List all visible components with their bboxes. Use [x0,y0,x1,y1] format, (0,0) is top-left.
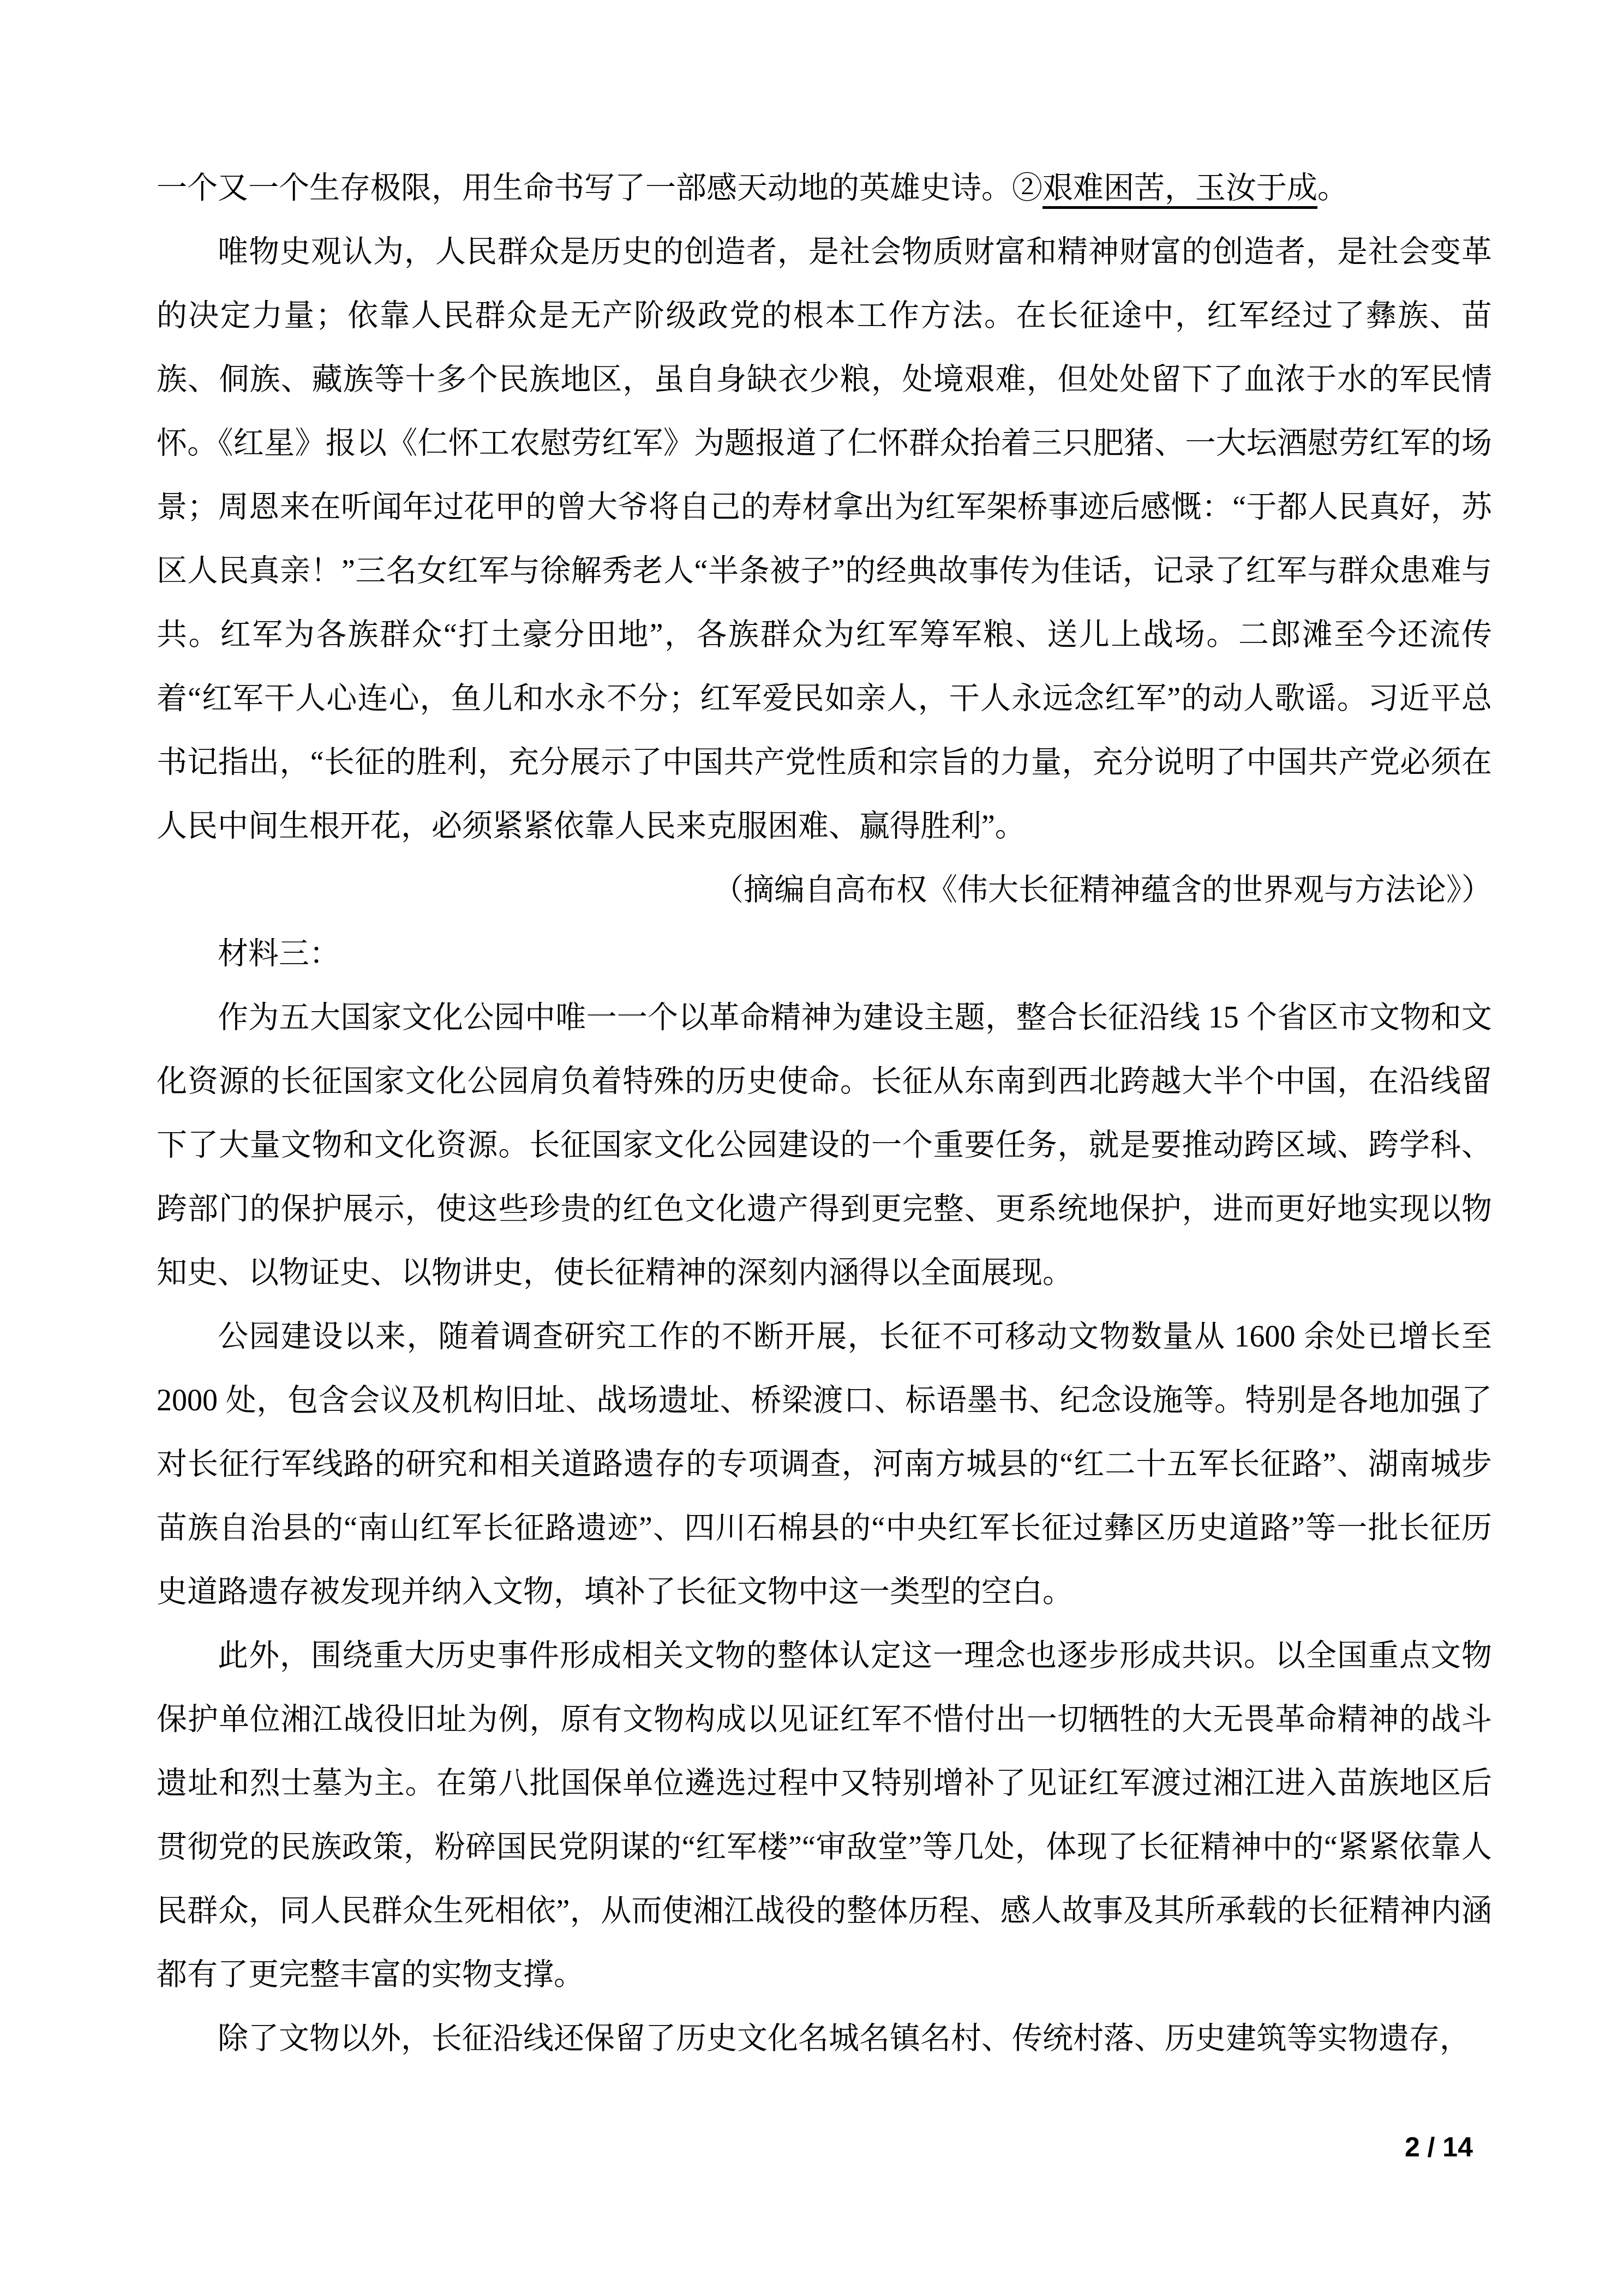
sentence-end-punctuation: 。 [1317,171,1348,205]
circled-number-marker: ② [1012,171,1042,205]
paragraph-beyond-relics: 除了文物以外，长征沿线还保留了历史文化名城名镇名村、传统村落、历史建筑等实物遗存… [157,2007,1492,2071]
material-three-heading: 材料三： [157,922,1492,986]
continuation-text: 一个又一个生存极限，用生命书写了一部感天动地的英雄史诗。 [157,171,1012,205]
source-citation: （摘编自高布权《伟大长征精神蕴含的世界观与方法论》） [157,858,1492,922]
underlined-phrase: 艰难困苦，玉汝于成 [1042,171,1317,209]
continuation-paragraph: 一个又一个生存极限，用生命书写了一部感天动地的英雄史诗。②艰难困苦，玉汝于成。 [157,157,1492,220]
text-body: 一个又一个生存极限，用生命书写了一部感天动地的英雄史诗。②艰难困苦，玉汝于成。 … [157,157,1492,2071]
paragraph-xiangjiang-relics: 此外，围绕重大历史事件形成相关文物的整体认定这一理念也逐步形成共识。以全国重点文… [157,1624,1492,2007]
page-number: 2 / 14 [1405,2133,1473,2161]
paragraph-historical-materialism: 唯物史观认为，人民群众是历史的创造者，是社会物质财富和精神财富的创造者，是社会变… [157,220,1492,858]
document-page: 一个又一个生存极限，用生命书写了一部感天动地的英雄史诗。②艰难困苦，玉汝于成。 … [0,0,1624,2296]
paragraph-park-mission: 作为五大国家文化公园中唯一一个以革命精神为建设主题，整合长征沿线 15 个省区市… [157,986,1492,1305]
paragraph-park-progress: 公园建设以来，随着调查研究工作的不断开展，长征不可移动文物数量从 1600 余处… [157,1305,1492,1624]
